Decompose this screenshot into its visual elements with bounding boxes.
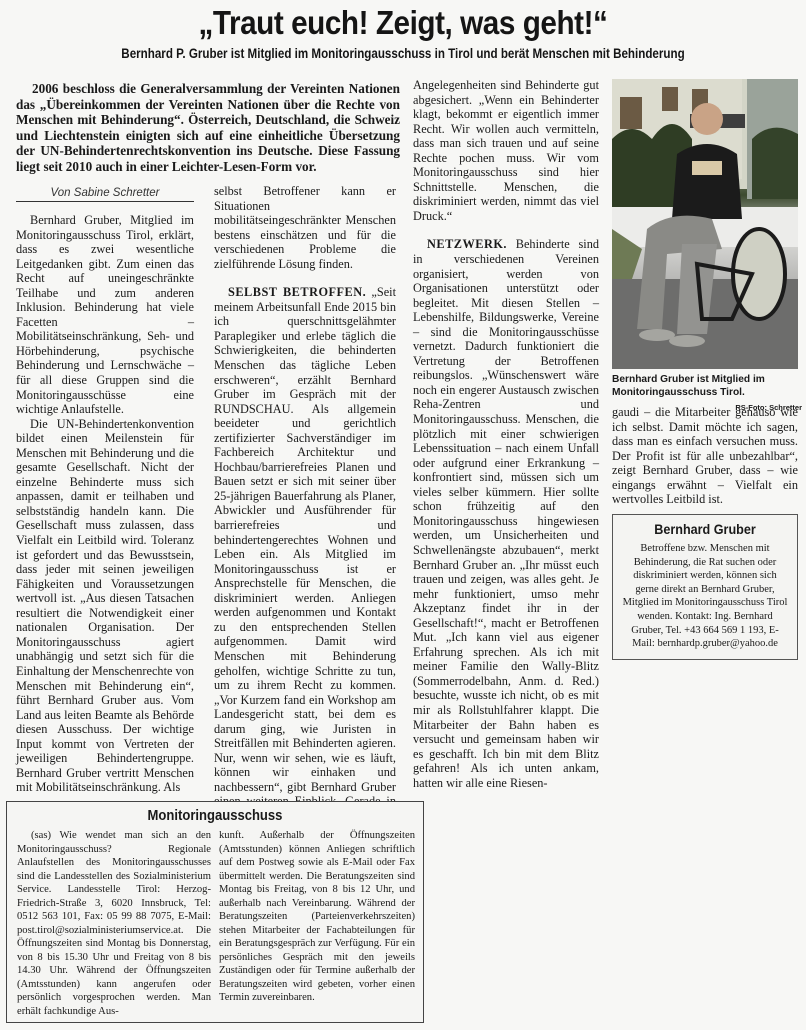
paragraph: gaudi – die Mitarbeiter genauso wie ich …: [612, 405, 798, 507]
paragraph-text: „Seit meinem Arbeitsunfall Ende 2015 bin…: [214, 285, 396, 823]
contact-box: Bernhard Gruber Betroffene bzw. Menschen…: [612, 514, 798, 660]
byline: Von Sabine Schretter: [16, 187, 194, 202]
paragraph: Angelegenheiten sind Behinderte gut abge…: [413, 78, 599, 223]
contact-box-title: Bernhard Gruber: [629, 521, 780, 537]
section-lead-netzwerk: NETZWERK.: [427, 237, 507, 251]
article-column-4: gaudi – die Mitarbeiter genauso wie ich …: [612, 405, 798, 507]
headline: „Traut euch! Zeigt, was geht!“: [40, 4, 765, 42]
paragraph: selbst Betroffener kann er Situationen m…: [214, 184, 396, 271]
paragraph: SELBST BETROFFEN. „Seit meinem Arbeitsun…: [214, 285, 396, 823]
info-box-column-1: (sas) Wie wendet man sich an den Monitor…: [17, 829, 211, 1018]
intro-paragraph: 2006 beschloss die Generalversammlung de…: [16, 81, 400, 175]
paragraph-text: Behinderte sind in verschiedenen Vereine…: [413, 237, 599, 789]
article-column-1: Bernhard Gruber, Mitglied im Monitoringa…: [16, 213, 194, 795]
info-box-title: Monitoringausschuss: [28, 808, 402, 824]
paragraph: Bernhard Gruber, Mitglied im Monitoringa…: [16, 213, 194, 417]
article-column-2: selbst Betroffener kann er Situationen m…: [214, 184, 396, 824]
photo-man-in-wheelchair-icon: [612, 79, 798, 369]
monitoringausschuss-info-box: Monitoringausschuss (sas) Wie wendet man…: [6, 801, 424, 1023]
paragraph: NETZWERK. Behinderte sind in verschieden…: [413, 237, 599, 790]
contact-box-text: Betroffene bzw. Menschen mit Behinderung…: [621, 542, 789, 651]
section-lead-selbst-betroffen: SELBST BETROFFEN.: [228, 285, 366, 299]
subtitle: Bernhard P. Gruber ist Mitglied im Monit…: [56, 46, 749, 61]
paragraph: Die UN-Behindertenkonvention bildet eine…: [16, 417, 194, 795]
article-column-3: Angelegenheiten sind Behinderte gut abge…: [413, 78, 599, 790]
caption-text: Bernhard Gruber ist Mitglied im Monitori…: [612, 374, 765, 398]
info-box-column-2: kunft. Außerhalb der Öffnungszeiten (Amt…: [219, 829, 415, 1005]
